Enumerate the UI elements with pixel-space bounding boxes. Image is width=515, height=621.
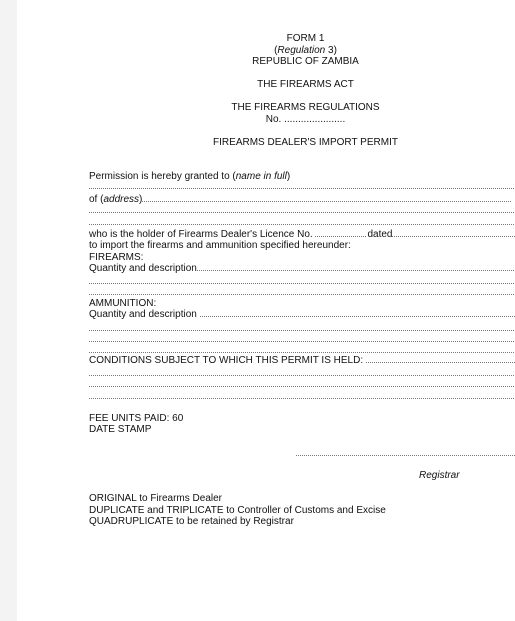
permission-italic: name in full [236, 171, 287, 182]
permit-number: No. ...................... [0, 114, 515, 126]
regulation-italic: Regulation [277, 45, 325, 56]
ammunition-qty-line: Quantity and description [89, 309, 515, 321]
conditions-line-2[interactable] [89, 375, 515, 376]
name-line[interactable] [89, 188, 515, 189]
conditions-line-4[interactable] [89, 398, 515, 399]
of-suffix: ) [139, 194, 142, 205]
holder-text: who is the holder of Firearms Dealer's L… [89, 229, 315, 240]
permission-text: Permission is hereby granted to ( [89, 171, 236, 182]
of-italic: address [103, 194, 139, 205]
page-gutter [0, 0, 17, 621]
permit-title: FIREARMS DEALER'S IMPORT PERMIT [0, 137, 515, 149]
firearms-qty-field[interactable] [197, 270, 515, 271]
address-line-3[interactable] [89, 224, 515, 225]
firearms-line-2[interactable] [89, 283, 515, 284]
date-stamp: DATE STAMP [89, 424, 151, 436]
ammunition-line-2[interactable] [89, 330, 515, 331]
registrar-italic: Registrar [419, 470, 460, 481]
regulations-heading: THE FIREARMS REGULATIONS [0, 102, 515, 114]
of-prefix: of ( [89, 194, 103, 205]
dated-label: dated [367, 229, 392, 240]
copy-quadruplicate: QUADRUPLICATE to be retained by Registra… [89, 516, 294, 528]
act-heading: THE FIREARMS ACT [0, 79, 515, 91]
conditions-line: CONDITIONS SUBJECT TO WHICH THIS PERMIT … [89, 355, 515, 367]
regulation-suffix: 3) [325, 45, 337, 56]
registrar-signature-line[interactable] [296, 455, 515, 456]
address-line-2[interactable] [89, 212, 515, 213]
country-heading: REPUBLIC OF ZAMBIA [0, 56, 515, 68]
conditions-field[interactable] [366, 362, 515, 363]
conditions-line-3[interactable] [89, 386, 515, 387]
dated-field[interactable] [392, 236, 515, 237]
ammunition-qty-label: Quantity and description [89, 309, 200, 320]
registrar-label: Registrar [419, 470, 460, 482]
address-fill [142, 201, 512, 202]
licence-no-field[interactable] [315, 236, 367, 237]
permission-line: Permission is hereby granted to (name in… [89, 171, 290, 183]
ammunition-qty-field[interactable] [200, 316, 515, 317]
conditions-label: CONDITIONS SUBJECT TO WHICH THIS PERMIT … [89, 355, 366, 366]
firearms-qty-line: Quantity and description [89, 263, 515, 275]
firearms-line-3[interactable] [89, 294, 515, 295]
copy-original: ORIGINAL to Firearms Dealer [89, 493, 222, 505]
form-number: FORM 1 [0, 33, 515, 45]
import-text: to import the firearms and ammunition sp… [89, 240, 351, 252]
ammunition-line-4[interactable] [89, 352, 515, 353]
permission-close: ) [287, 171, 290, 182]
firearms-qty-label: Quantity and description [89, 263, 197, 274]
address-line[interactable]: of (address) [89, 194, 515, 206]
ammunition-line-3[interactable] [89, 341, 515, 342]
